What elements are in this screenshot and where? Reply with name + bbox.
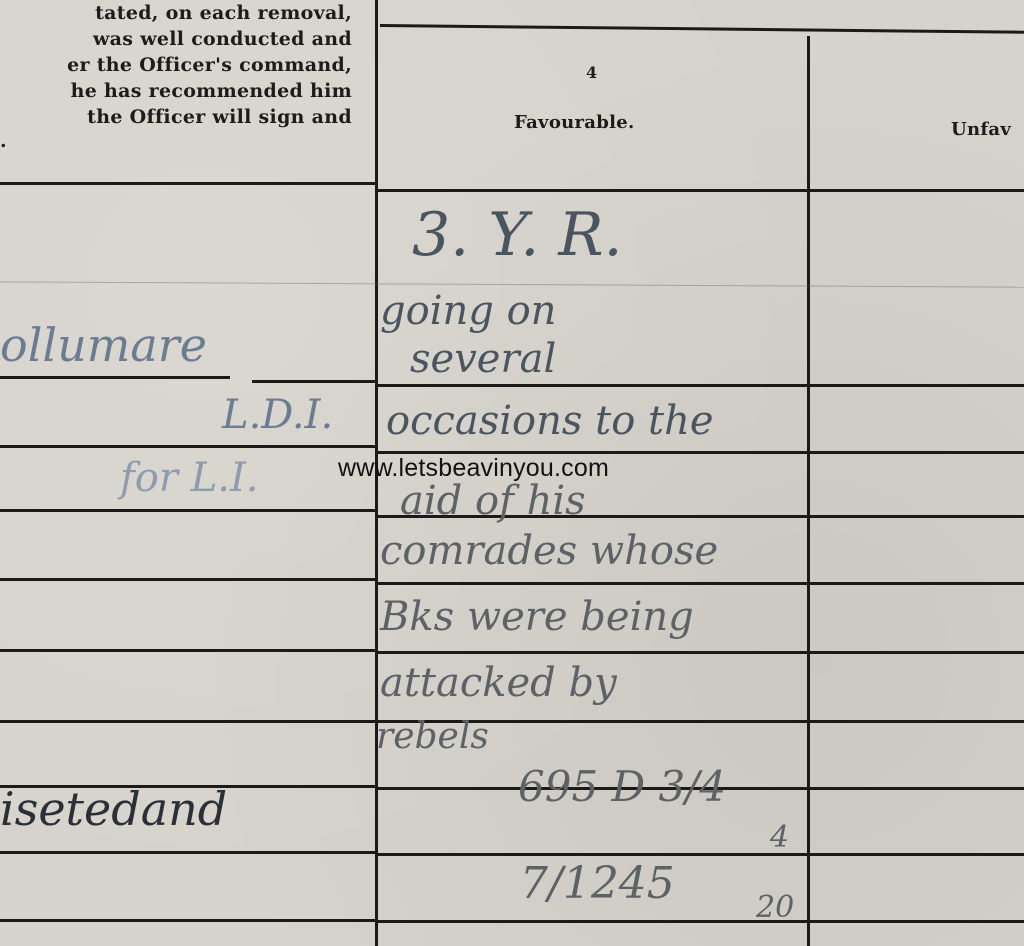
- column-header-unfavourable: Unfav: [951, 117, 1011, 143]
- handwritten-entry: ollumare: [0, 318, 207, 372]
- handwritten-entry: several: [410, 336, 556, 382]
- row-rule: [0, 578, 376, 581]
- handwritten-entry: 7/1245: [520, 858, 675, 909]
- handwritten-entry: 3. Y. R.: [412, 200, 623, 270]
- handwritten-entry: 20: [756, 890, 794, 925]
- row-rule: [376, 853, 1024, 856]
- handwritten-entry: 4: [770, 820, 789, 855]
- row-rule: [0, 445, 376, 448]
- handwritten-entry: comrades whose: [380, 528, 718, 574]
- handwritten-entry: 695 D 3/4: [518, 762, 726, 811]
- row-rule: [252, 380, 376, 383]
- handwritten-entry: going on: [380, 288, 556, 334]
- row-rule: [0, 851, 376, 854]
- row-rule: [376, 582, 1024, 585]
- handwritten-entry: isetedand: [0, 782, 227, 836]
- column-number: 4: [586, 60, 597, 86]
- row-rule: [0, 919, 376, 922]
- row-rule: [0, 509, 376, 512]
- row-rule: [376, 189, 1024, 192]
- intro-line: er the Officer's command,: [67, 52, 352, 78]
- column-header-favourable: Favourable.: [514, 110, 635, 136]
- intro-line: the Officer will sign and: [87, 104, 352, 130]
- row-rule: [380, 24, 1024, 34]
- intro-line: he has recommended him: [71, 78, 352, 104]
- handwritten-entry: for L.I.: [120, 455, 259, 501]
- handwritten-entry: Bks were being: [380, 594, 694, 640]
- row-rule: [376, 384, 1024, 387]
- scanned-form: tated, on each removal, was well conduct…: [0, 0, 1024, 946]
- handwritten-entry: attacked by: [380, 660, 617, 706]
- handwritten-entry: rebels: [376, 716, 489, 757]
- intro-line: tated, on each removal,: [95, 0, 352, 26]
- watermark-text: www.letsbeavinyou.com: [338, 454, 609, 483]
- handwritten-entry: aid of his: [400, 478, 586, 524]
- intro-line: .: [0, 128, 7, 154]
- row-rule: [376, 651, 1024, 654]
- row-rule: [0, 720, 376, 723]
- handwritten-entry: L.D.I.: [222, 392, 333, 438]
- row-rule: [376, 920, 1024, 923]
- handwritten-entry: occasions to the: [386, 398, 714, 444]
- column-divider: [807, 36, 810, 946]
- row-rule: [0, 182, 378, 185]
- intro-line: was well conducted and: [93, 26, 352, 52]
- row-rule: [0, 649, 376, 652]
- printed-instructions: tated, on each removal, was well conduct…: [0, 0, 352, 208]
- row-rule: [0, 376, 230, 379]
- paper-crease: [0, 281, 1024, 287]
